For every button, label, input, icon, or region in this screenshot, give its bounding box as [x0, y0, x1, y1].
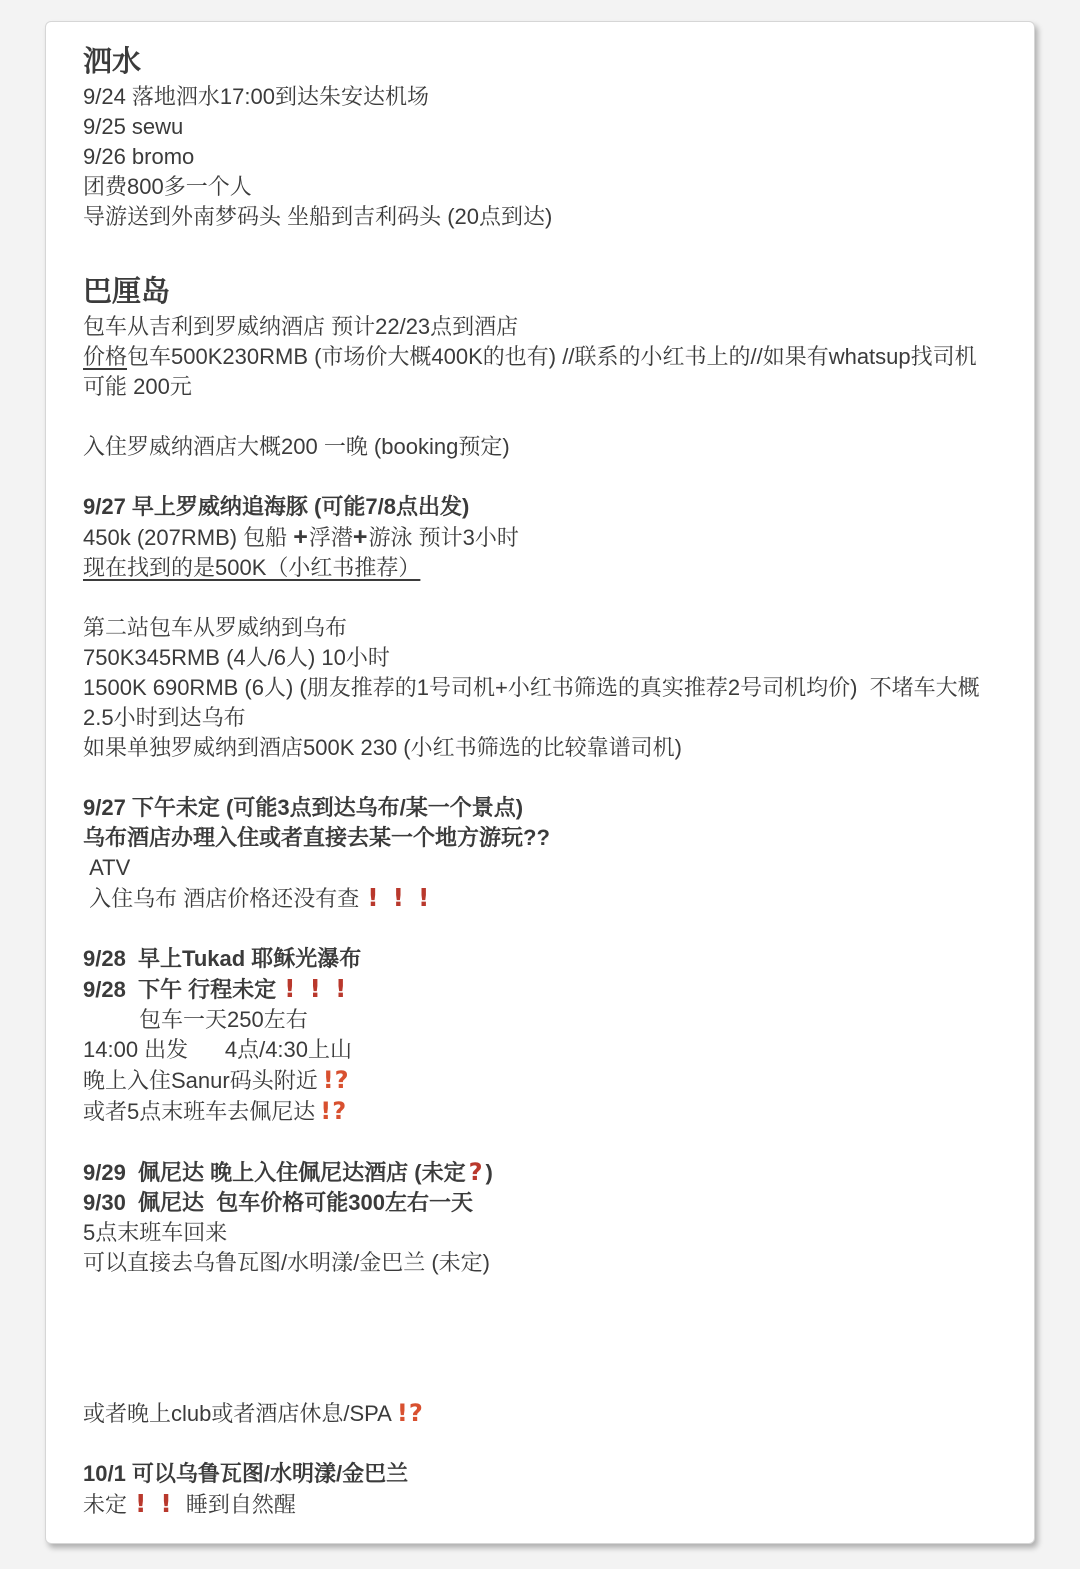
text-segment: 现在找到的是500K（小红书推荐） [83, 555, 420, 580]
doc-line: 9/27 下午未定 (可能3点到达乌布/某一个景点) [83, 793, 986, 823]
doc-line: 乌布酒店办理入住或者直接去某一个地方游玩?? [83, 823, 986, 853]
text-segment: 包车从吉利到罗威纳酒店 预计22/23点到酒店 [83, 314, 518, 339]
note-card: 泗水9/24 落地泗水17:00到达朱安达机场9/25 sewu9/26 bro… [45, 21, 1035, 1544]
doc-line: 或者晚上club或者酒店休息/SPA!? [83, 1398, 986, 1429]
text-segment: 团费800多一个人 [83, 174, 252, 199]
doc-line: 9/29 佩尼达 晚上入住佩尼达酒店 (未定?) [83, 1157, 986, 1188]
doc-line: 团费800多一个人 [83, 172, 986, 202]
doc-line: 入住乌布 酒店价格还没有查!!! [83, 883, 986, 914]
blank-line [83, 1368, 986, 1398]
red-interrobang-icon: !? [323, 1066, 350, 1094]
text-segment: 包车一天250左右 [139, 1007, 308, 1032]
section-heading-bali: 巴厘岛 [83, 272, 986, 312]
doc-line: 包车从吉利到罗威纳酒店 预计22/23点到酒店 [83, 312, 986, 342]
plus-icon: + [353, 523, 369, 551]
blank-line [83, 1278, 986, 1308]
doc-line: 450k (207RMB) 包船 +浮潜+游泳 预计3小时 [83, 522, 986, 553]
red-interrobang-icon: !? [397, 1399, 424, 1427]
text-segment: 750K345RMB (4人/6人) 10小时 [83, 645, 390, 670]
text-segment: 14:00 出发 4点/4:30上山 [83, 1037, 352, 1062]
text-segment: 9/26 bromo [83, 144, 194, 169]
text-segment: 价格 [83, 344, 127, 369]
text-segment: 乌布酒店办理入住或者直接去某一个地方游玩?? [83, 825, 550, 850]
red-exclamation-icon: !!! [367, 883, 443, 912]
blank-line [83, 763, 986, 793]
doc-line: ATV [83, 853, 986, 883]
doc-line: 750K345RMB (4人/6人) 10小时 [83, 643, 986, 673]
blank-line [83, 1127, 986, 1157]
text-segment: 9/27 下午未定 (可能3点到达乌布/某一个景点) [83, 795, 523, 820]
text-segment: 导游送到外南梦码头 坐船到吉利码头 (20点到达) [83, 204, 552, 229]
doc-line: 5点末班车回来 [83, 1218, 986, 1248]
text-segment: 可以直接去乌鲁瓦图/水明漾/金巴兰 (未定) [83, 1250, 490, 1275]
text-segment: 9/27 早上罗威纳追海豚 (可能7/8点出发) [83, 494, 469, 519]
blank-line [83, 462, 986, 492]
section-heading-surabaya: 泗水 [83, 42, 986, 82]
blank-line [83, 402, 986, 432]
doc-line: 现在找到的是500K（小红书推荐） [83, 553, 986, 583]
text-segment: 入住乌布 酒店价格还没有查 [83, 886, 359, 911]
text-segment: 包车500K230RMB (市场价大概400K的也有) //联系的小红书上的//… [83, 344, 977, 399]
doc-line: 未定!!睡到自然醒 [83, 1489, 986, 1520]
text-segment: 或者5点末班车去佩尼达 [83, 1099, 315, 1124]
text-segment: 睡到自然醒 [186, 1492, 296, 1517]
doc-line: 9/25 sewu [83, 112, 986, 142]
text-segment: 9/28 早上Tukad 耶稣光瀑布 [83, 946, 361, 971]
plus-icon: + [293, 523, 309, 551]
text-segment: ATV [83, 855, 130, 880]
text-segment: 游泳 预计3小时 [369, 525, 519, 550]
text-segment: ) [486, 1160, 493, 1185]
doc-line: 1500K 690RMB (6人) (朋友推荐的1号司机+小红书筛选的真实推荐2… [83, 673, 986, 733]
text-segment: 9/28 下午 行程未定 [83, 977, 276, 1002]
blank-line [83, 914, 986, 944]
text-segment: 9/24 落地泗水17:00到达朱安达机场 [83, 84, 429, 109]
blank-line [83, 232, 986, 262]
text-segment: 如果单独罗威纳到酒店500K 230 (小红书筛选的比较靠谱司机) [83, 735, 682, 760]
text-segment: 晚上入住Sanur码头附近 [83, 1068, 318, 1093]
red-exclamation-icon: !! [135, 1489, 186, 1518]
doc-line: 导游送到外南梦码头 坐船到吉利码头 (20点到达) [83, 202, 986, 232]
text-segment: 泗水 [83, 46, 141, 78]
blank-line [83, 1429, 986, 1459]
doc-line: 包车一天250左右 [83, 1005, 986, 1035]
red-interrobang-icon: !? [320, 1097, 347, 1125]
doc-line: 9/30 佩尼达 包车价格可能300左右一天 [83, 1188, 986, 1218]
text-segment: 5点末班车回来 [83, 1220, 227, 1245]
text-segment: 浮潜 [309, 525, 353, 550]
blank-line [83, 1338, 986, 1368]
doc-line: 价格包车500K230RMB (市场价大概400K的也有) //联系的小红书上的… [83, 342, 986, 402]
doc-line: 可以直接去乌鲁瓦图/水明漾/金巴兰 (未定) [83, 1248, 986, 1278]
doc-line: 10/1 可以乌鲁瓦图/水明漾/金巴兰 [83, 1459, 986, 1489]
text-segment: 450k (207RMB) 包船 [83, 525, 293, 550]
doc-line: 9/24 落地泗水17:00到达朱安达机场 [83, 82, 986, 112]
text-segment: 9/29 佩尼达 晚上入住佩尼达酒店 (未定 [83, 1160, 466, 1185]
text-segment: 第二站包车从罗威纳到乌布 [83, 615, 347, 640]
doc-line: 9/28 下午 行程未定!!! [83, 974, 986, 1005]
blank-line [83, 1308, 986, 1338]
doc-line: 如果单独罗威纳到酒店500K 230 (小红书筛选的比较靠谱司机) [83, 733, 986, 763]
doc-line: 入住罗威纳酒店大概200 一晚 (booking预定) [83, 432, 986, 462]
blank-line [83, 583, 986, 613]
doc-line: 14:00 出发 4点/4:30上山 [83, 1035, 986, 1065]
doc-line: 9/27 早上罗威纳追海豚 (可能7/8点出发) [83, 492, 986, 522]
doc-line: 晚上入住Sanur码头附近!? [83, 1065, 986, 1096]
doc-line: 或者5点末班车去佩尼达!? [83, 1096, 986, 1127]
text-segment: 或者晚上club或者酒店休息/SPA [83, 1401, 392, 1426]
text-segment: 巴厘岛 [83, 276, 170, 308]
text-segment: 未定 [83, 1492, 127, 1517]
text-segment: 9/30 佩尼达 包车价格可能300左右一天 [83, 1190, 473, 1215]
doc-line: 9/26 bromo [83, 142, 986, 172]
document-body: 泗水9/24 落地泗水17:00到达朱安达机场9/25 sewu9/26 bro… [83, 42, 986, 1520]
red-question-icon: ? [469, 1158, 483, 1186]
doc-line: 9/28 早上Tukad 耶稣光瀑布 [83, 944, 986, 974]
text-segment: 1500K 690RMB (6人) (朋友推荐的1号司机+小红书筛选的真实推荐2… [83, 675, 980, 730]
text-segment: 入住罗威纳酒店大概200 一晚 (booking预定) [83, 434, 510, 459]
doc-line: 第二站包车从罗威纳到乌布 [83, 613, 986, 643]
red-exclamation-icon: !!! [284, 974, 360, 1003]
text-segment: 9/25 sewu [83, 114, 183, 139]
text-segment: 10/1 可以乌鲁瓦图/水明漾/金巴兰 [83, 1461, 408, 1486]
